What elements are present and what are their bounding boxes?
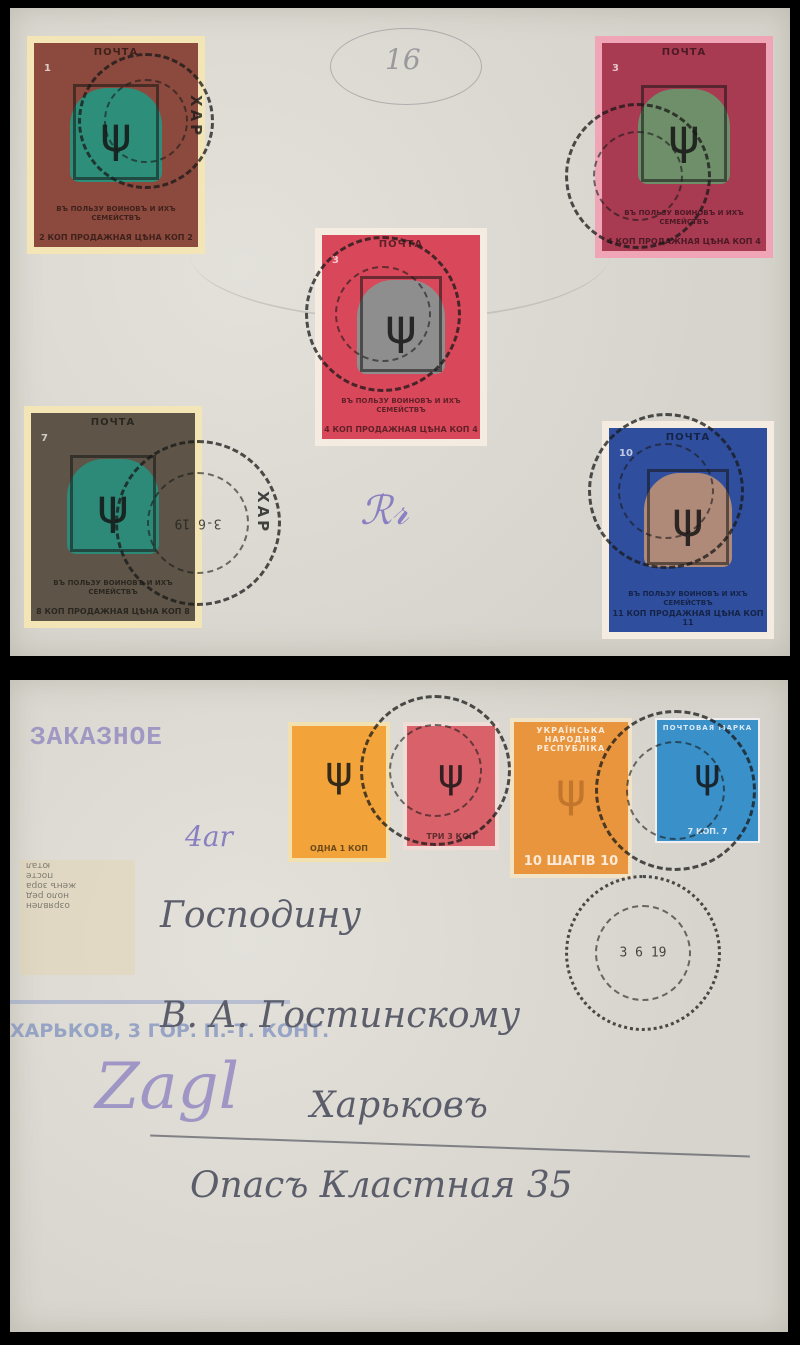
trident-icon: ψ bbox=[325, 751, 353, 793]
violet-signature: Zagl bbox=[95, 1050, 239, 1124]
label-slip: ютал посте женъ зора ноло ред озрявлен bbox=[20, 860, 135, 975]
slip-line: ютал bbox=[20, 860, 135, 870]
stamp-price: 11 КОП ПРОДАЖНАЯ ЦѢНА КОП 11 bbox=[609, 609, 767, 627]
registered-handstamp: ЗАКАЗНОЕ bbox=[30, 722, 163, 752]
postmark bbox=[588, 413, 744, 569]
slip-line: ноло ред bbox=[20, 890, 135, 900]
stamp-top-text: ПОЧТА bbox=[34, 47, 198, 58]
address-line: Опасъ Кластная 35 bbox=[190, 1165, 573, 1206]
pencil-mark: 4ar bbox=[185, 820, 233, 853]
stamp-value: 7 bbox=[41, 433, 48, 444]
stamp-price: ОДНА 1 КОП bbox=[292, 844, 386, 853]
stamp-price: 4 КОП ПРОДАЖНАЯ ЦѢНА КОП 4 bbox=[322, 425, 480, 434]
postmark bbox=[595, 710, 756, 871]
postmark: 3-6 19ХАР bbox=[115, 440, 281, 606]
stamp-inscription: ВЪ ПОЛЬЗУ ВОИНОВЪ И ИХЪ СЕМЕЙСТВЪ bbox=[609, 590, 767, 608]
postmark-city: ХАР bbox=[187, 95, 205, 138]
pencil-number: 16 bbox=[385, 43, 421, 76]
postmark-city: ХАР bbox=[254, 491, 272, 534]
stamp-price: 2 КОП ПРОДАЖНАЯ ЦѢНА КОП 2 bbox=[34, 233, 198, 242]
postmark bbox=[305, 236, 461, 392]
slip-line: озрявлен bbox=[20, 900, 135, 910]
postmark-date: 3 6 19 bbox=[568, 946, 718, 961]
underline-stroke bbox=[150, 1135, 750, 1158]
stamp-price: 8 КОП ПРОДАЖНАЯ ЦѢНА КОП 8 bbox=[31, 607, 195, 616]
address-line: В. А. Гостинскому bbox=[160, 995, 520, 1036]
slip-line: посте bbox=[20, 870, 135, 880]
cover-front: ЗАКАЗНОЕ ютал посте женъ зора ноло ред о… bbox=[10, 680, 788, 1332]
address-line: Господину bbox=[160, 895, 361, 936]
stamp-top-text: ПОЧТА bbox=[31, 417, 195, 428]
signature: ℛ𝓇 bbox=[360, 488, 409, 534]
slip-line: женъ зора bbox=[20, 880, 135, 890]
stamp-value: 1 bbox=[44, 63, 51, 74]
stamp-value: 3 bbox=[612, 63, 619, 74]
stamp-inscription: ВЪ ПОЛЬЗУ ВОИНОВЪ И ИХЪ СЕМЕЙСТВЪ bbox=[322, 397, 480, 415]
postmark bbox=[360, 695, 511, 846]
trident-icon: ψ bbox=[556, 767, 586, 813]
address-line: Харьковъ bbox=[310, 1085, 488, 1126]
cover-back: 16 ψ ПОЧТА 1 ВЪ ПОЛЬЗУ ВОИНОВЪ И ИХЪ СЕМ… bbox=[10, 8, 790, 656]
postmark: 3 6 19 bbox=[565, 875, 721, 1031]
stamp-price: 10 ШАГІВ 10 bbox=[514, 854, 628, 869]
postmark: ХАР bbox=[78, 53, 214, 189]
postmark bbox=[565, 103, 711, 249]
stamp-inscription: ВЪ ПОЛЬЗУ ВОИНОВЪ И ИХЪ СЕМЕЙСТВЪ bbox=[34, 205, 198, 223]
stamp-top-text: ПОЧТА bbox=[602, 47, 766, 58]
